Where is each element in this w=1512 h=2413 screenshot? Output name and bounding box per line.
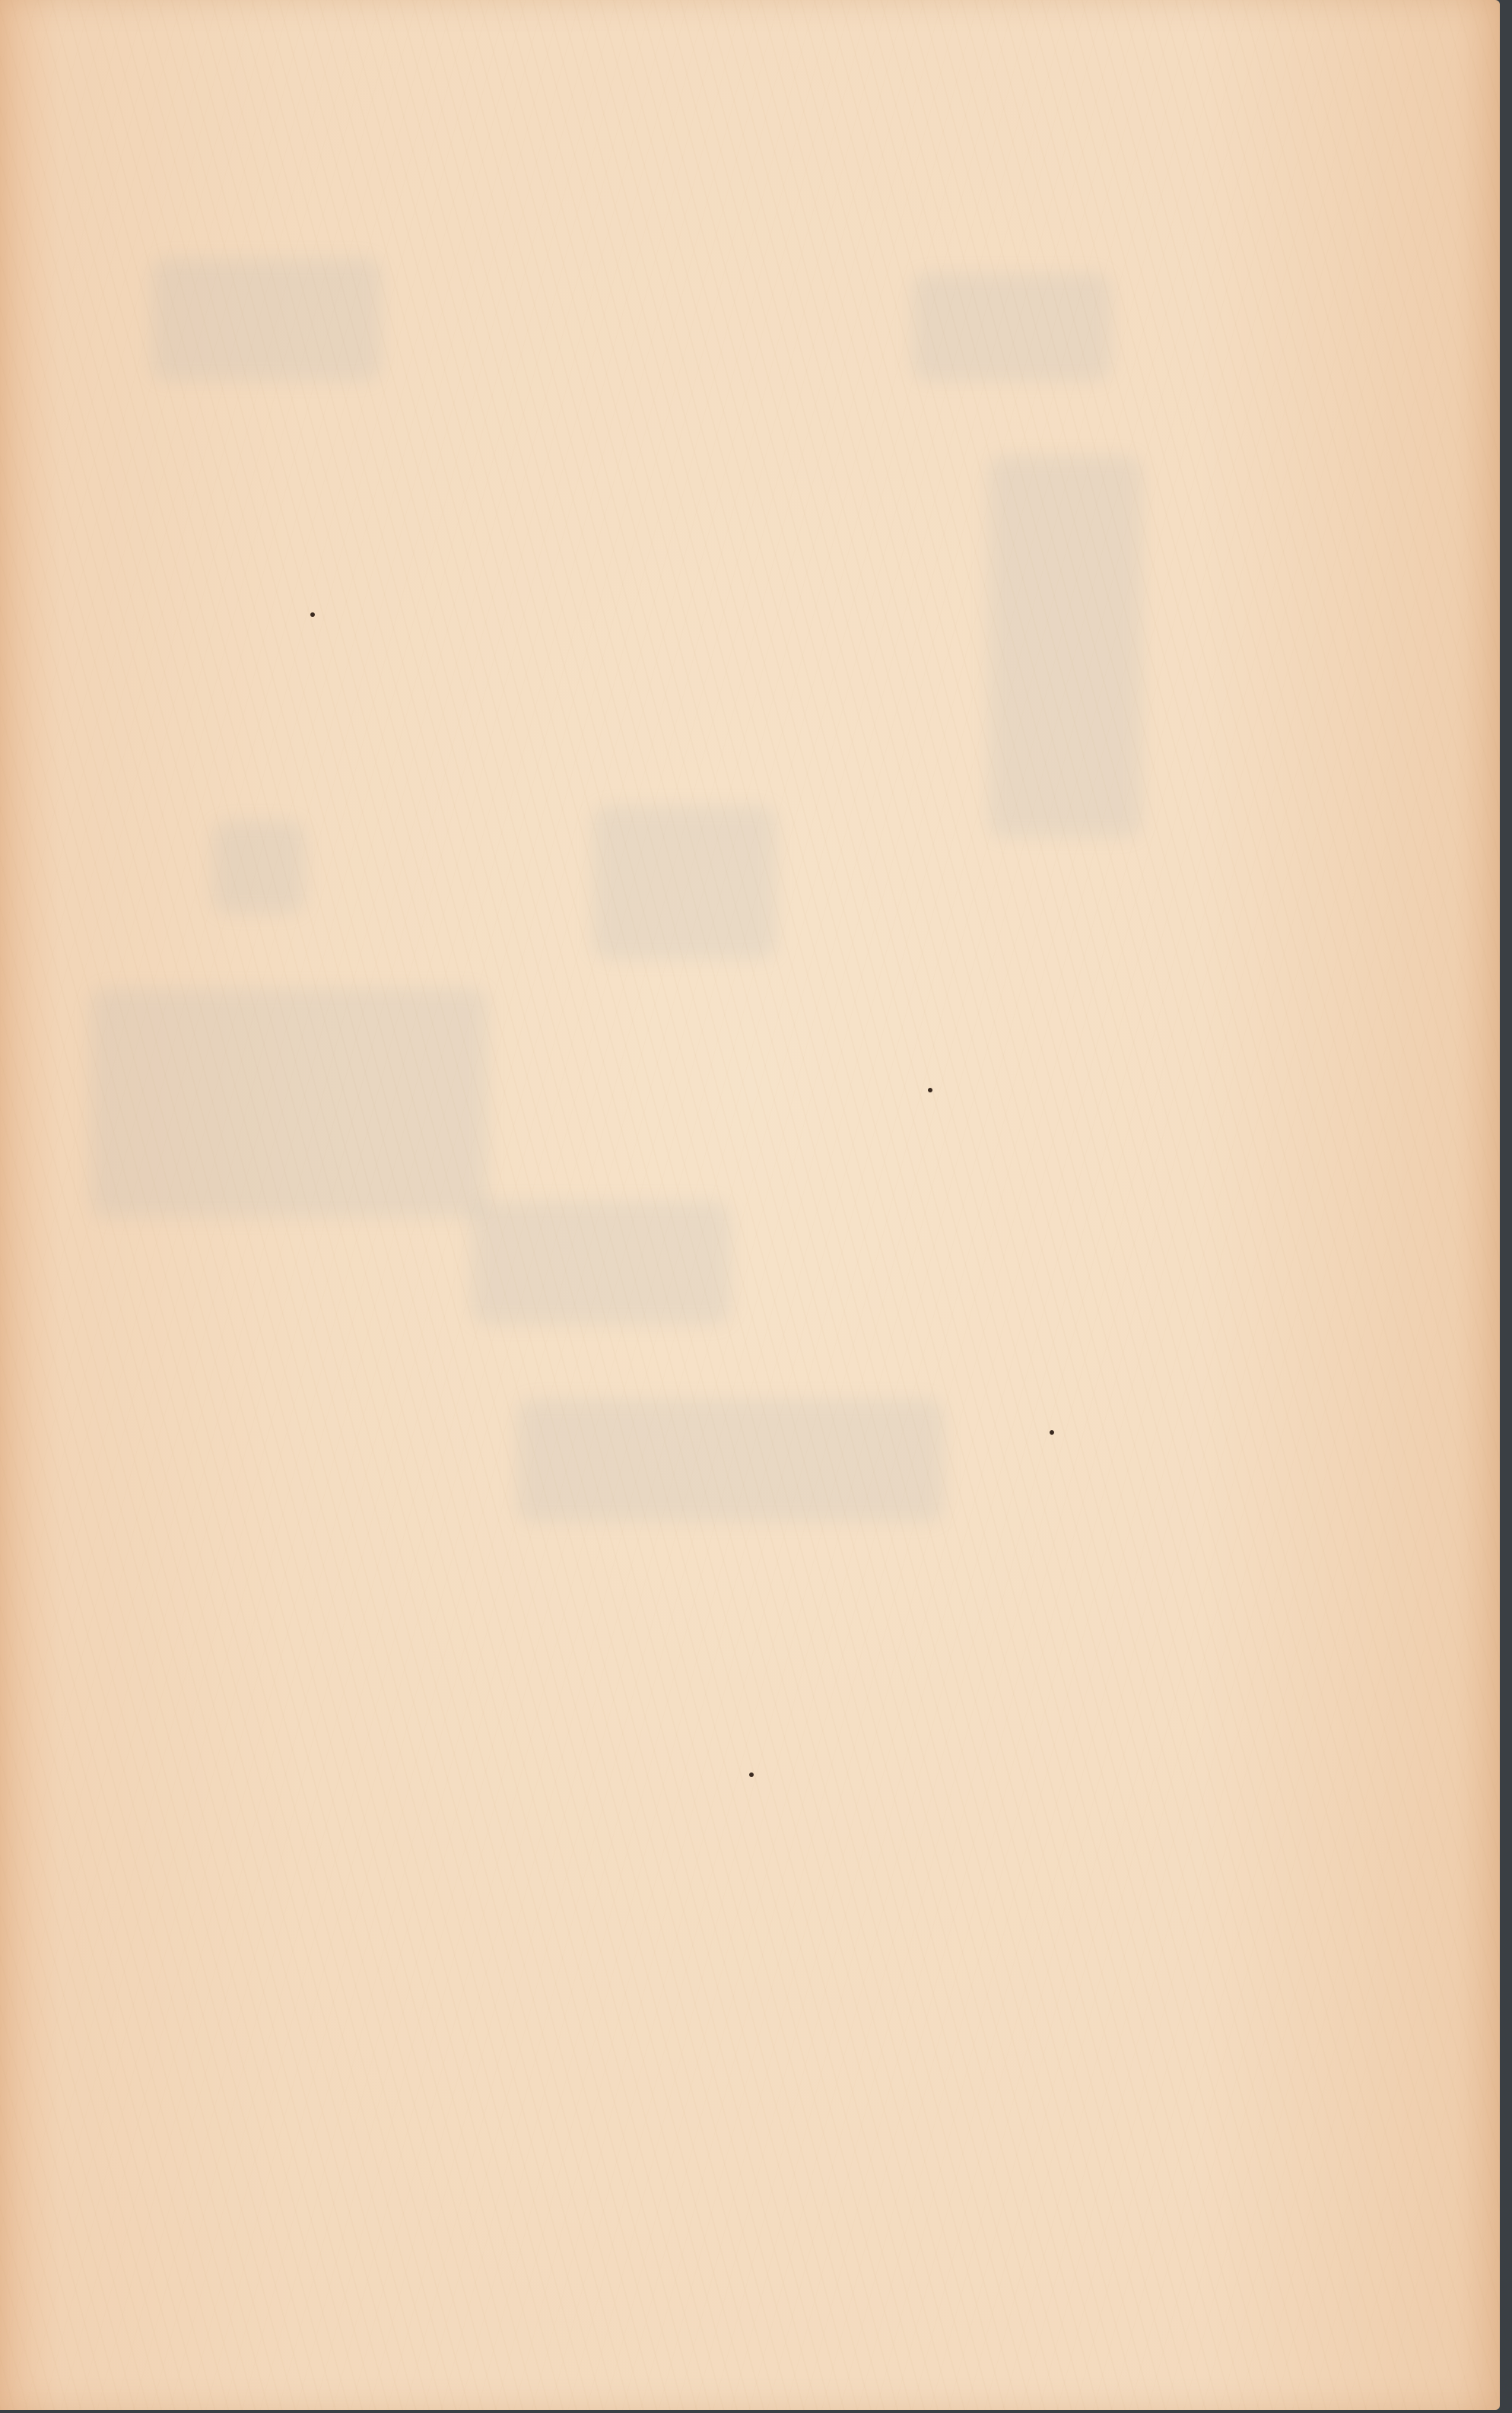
bleed-through-mark bbox=[152, 259, 380, 380]
bleed-through-mark bbox=[472, 1202, 730, 1324]
speck bbox=[928, 1088, 932, 1092]
speck bbox=[1050, 1430, 1054, 1435]
bleed-through-mark bbox=[593, 806, 776, 959]
paper-card bbox=[0, 0, 1500, 2410]
bleed-through-mark bbox=[913, 274, 1110, 380]
speck bbox=[310, 612, 315, 617]
bleed-through-mark bbox=[517, 1400, 943, 1521]
speck bbox=[749, 1772, 754, 1777]
bleed-through-mark bbox=[213, 822, 304, 913]
bleed-through-mark bbox=[989, 456, 1141, 837]
bleed-through-mark bbox=[91, 989, 487, 1217]
background-edge bbox=[1500, 0, 1512, 2413]
